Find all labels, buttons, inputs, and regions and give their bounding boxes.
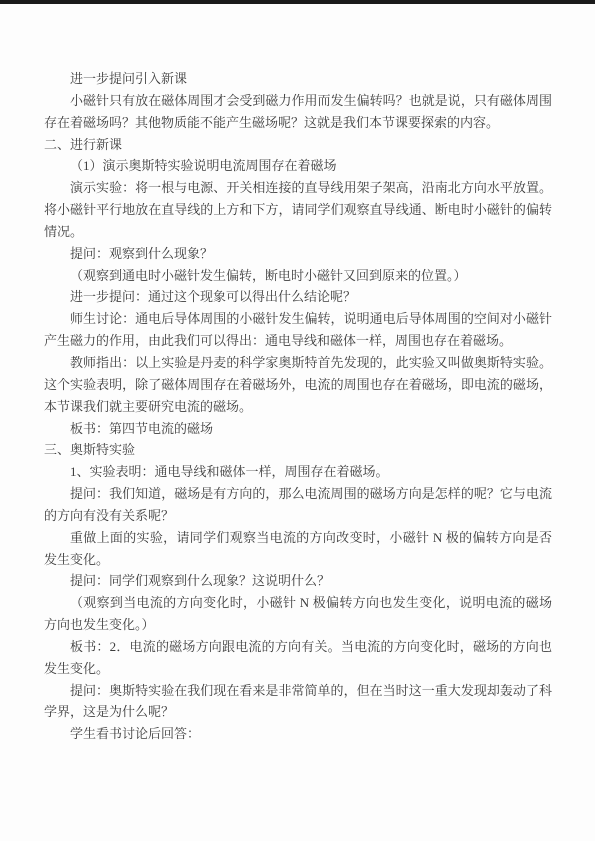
- paragraph-demo-title: （1）演示奥斯特实验说明电流周围存在着磁场: [44, 155, 552, 177]
- paragraph-observation-2: （观察到当电流的方向变化时，小磁针 N 极偏转方向也发生变化，说明电流的磁场方向…: [44, 592, 552, 636]
- paragraph-redo-experiment: 重做上面的实验，请同学们观察当电流的方向改变时，小磁针 N 极的偏转方向是否发生…: [44, 527, 552, 571]
- paragraph-board-note-2: 板书：2．电流的磁场方向跟电流的方向有关。当电流的方向变化时，磁场的方向也发生变…: [44, 636, 552, 680]
- paragraph-board-note-1: 板书：第四节电流的磁场: [44, 418, 552, 440]
- document-page: 进一步提问引入新课 小磁针只有放在磁体周围才会受到磁力作用而发生偏转吗？也就是说…: [0, 0, 595, 841]
- paragraph-intro-question: 小磁针只有放在磁体周围才会受到磁力作用而发生偏转吗？也就是说，只有磁体周围存在着…: [44, 90, 552, 134]
- section-heading-2: 二、进行新课: [44, 134, 552, 156]
- paragraph-question-2: 提问：我们知道，磁场是有方向的，那么电流周围的磁场方向是怎样的呢？它与电流的方向…: [44, 483, 552, 527]
- document-body: 进一步提问引入新课 小磁针只有放在磁体周围才会受到磁力作用而发生偏转吗？也就是说…: [44, 68, 552, 745]
- paragraph-question-4: 提问：奥斯特实验在我们现在看来是非常简单的，但在当时这一重大发现却轰动了科学界，…: [44, 680, 552, 724]
- paragraph-discussion: 师生讨论：通电后导体周围的小磁针发生偏转，说明通电后导体周围的空间对小磁针产生磁…: [44, 308, 552, 352]
- paragraph-teacher-note: 教师指出：以上实验是丹麦的科学家奥斯特首先发现的，此实验又叫做奥斯特实验。这个实…: [44, 352, 552, 418]
- paragraph-lead-in: 进一步提问引入新课: [44, 68, 552, 90]
- paragraph-question-3: 提问：同学们观察到什么现象？这说明什么？: [44, 570, 552, 592]
- paragraph-follow-up-question: 进一步提问：通过这个现象可以得出什么结论呢？: [44, 286, 552, 308]
- paragraph-student-answer-prompt: 学生看书讨论后回答：: [44, 723, 552, 745]
- paragraph-demo-experiment: 演示实验：将一根与电源、开关相连接的直导线用架子架高，沿南北方向水平放置。将小磁…: [44, 177, 552, 243]
- paragraph-experiment-result: 1、实验表明：通电导线和磁体一样，周围存在着磁场。: [44, 461, 552, 483]
- section-heading-3: 三、奥斯特实验: [44, 439, 552, 461]
- paragraph-observation-1: （观察到通电时小磁针发生偏转，断电时小磁针又回到原来的位置。）: [44, 265, 552, 287]
- scan-artifact-top-bar: [0, 0, 595, 4]
- paragraph-question-1: 提问：观察到什么现象？: [44, 243, 552, 265]
